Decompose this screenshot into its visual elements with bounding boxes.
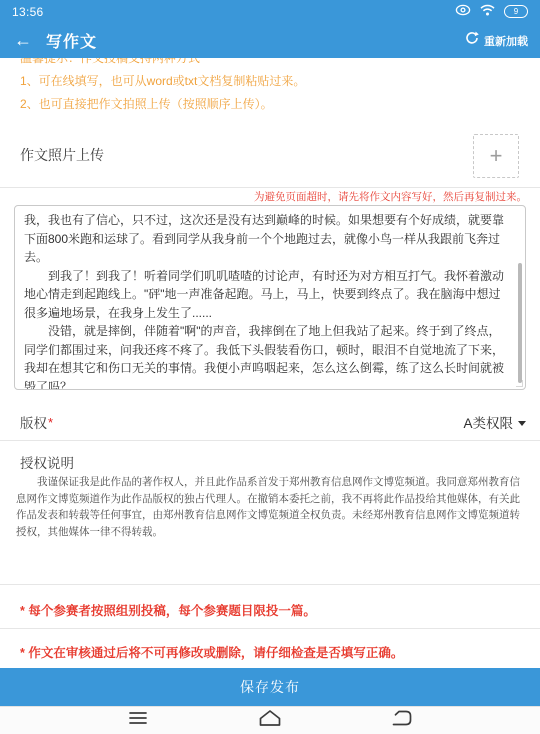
home-icon bbox=[258, 709, 282, 732]
warm-tips: 温馨提示：作文投稿支持两种方式 1、可在线填写，也可从word或txt文档复制粘… bbox=[20, 51, 526, 120]
divider bbox=[0, 628, 540, 629]
back-button[interactable]: ← bbox=[0, 30, 46, 51]
plus-icon: + bbox=[490, 145, 503, 167]
photo-upload-label: 作文照片上传 bbox=[20, 145, 104, 165]
recents-button[interactable] bbox=[124, 710, 152, 732]
eye-icon bbox=[455, 3, 471, 21]
save-publish-button[interactable]: 保存发布 bbox=[0, 668, 540, 706]
tip-line-1: 1、可在线填写，也可从word或txt文档复制粘贴过来。 bbox=[20, 74, 526, 89]
page-title: 写作文 bbox=[46, 29, 97, 52]
divider bbox=[0, 440, 540, 441]
resize-handle-icon[interactable] bbox=[516, 380, 523, 387]
menu-icon bbox=[128, 710, 148, 731]
required-asterisk: * bbox=[48, 415, 53, 430]
permission-dropdown[interactable]: A类权限 bbox=[463, 412, 526, 432]
photo-upload-button[interactable]: + bbox=[473, 134, 519, 178]
copyright-label: 版权 bbox=[20, 412, 47, 432]
caret-down-icon bbox=[518, 421, 526, 426]
tip-line-2: 2、也可直接把作文拍照上传（按照顺序上传）。 bbox=[20, 97, 526, 112]
navigation-bar bbox=[0, 706, 540, 734]
contest-note-2: * 作文在审核通过后将不可再修改或删除，请仔细检查是否填写正确。 bbox=[20, 643, 526, 661]
status-icons: 9 bbox=[455, 3, 528, 21]
contest-note-1: * 每个参赛者按照组别投稿，每个参赛题目限投一篇。 bbox=[20, 601, 526, 619]
essay-textarea[interactable]: 我，我也有了信心，只不过，这次还是没有达到巅峰的时候。如果想要有个好成绩，就要靠… bbox=[14, 205, 526, 390]
refresh-icon bbox=[465, 31, 479, 50]
home-button[interactable] bbox=[256, 710, 284, 732]
authorization-title: 授权说明 bbox=[20, 452, 74, 472]
essay-paragraph: 我，我也有了信心，只不过，这次还是没有达到巅峰的时候。如果想要有个好成绩，就要靠… bbox=[24, 211, 507, 267]
essay-paragraph: 没错，就是摔倒，伴随着"啊"的声音，我摔倒在了地上但我站了起来。终于到了终点，同… bbox=[24, 322, 507, 390]
battery-level: 9 bbox=[514, 8, 518, 16]
return-icon bbox=[391, 709, 413, 732]
divider bbox=[0, 584, 540, 585]
clock: 13:56 bbox=[12, 5, 44, 19]
back-nav-button[interactable] bbox=[388, 710, 416, 732]
battery-icon: 9 bbox=[504, 5, 528, 18]
divider bbox=[0, 187, 540, 188]
wifi-icon bbox=[480, 3, 495, 21]
copyright-row: 版权 * A类权限 bbox=[20, 412, 526, 432]
app-bar: ← 写作文 重新加载 bbox=[0, 23, 540, 58]
app-screen: 13:56 9 ← 写作文 重新加载 温馨提示：作文投稿支持两种方式 1、可在线… bbox=[0, 0, 540, 734]
back-arrow-icon: ← bbox=[14, 30, 32, 50]
essay-paragraph: 到我了！到我了！听着同学们叽叽喳喳的讨论声，有时还为对方相互打气。我怀着激动地心… bbox=[24, 267, 507, 323]
scrollbar-thumb[interactable] bbox=[518, 263, 522, 383]
timeout-warning: 为避免页面超时，请先将作文内容写好，然后再复制过来。 bbox=[254, 189, 527, 204]
status-bar: 13:56 9 bbox=[0, 0, 540, 23]
permission-value: A类权限 bbox=[463, 412, 513, 432]
reload-button[interactable]: 重新加载 bbox=[465, 31, 540, 50]
authorization-body: 我谨保证我是此作品的著作权人，并且此作品系首发于郑州教育信息网作文博览频道。我同… bbox=[16, 474, 528, 540]
reload-label: 重新加载 bbox=[484, 33, 528, 49]
